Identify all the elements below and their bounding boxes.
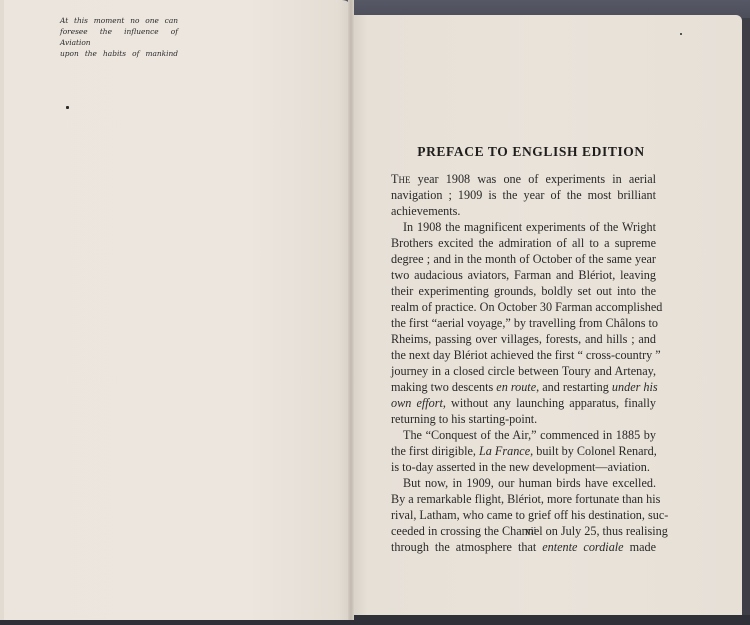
text-span: , and restarting [536,380,612,394]
text-span: , without any launching apparatus, final… [443,396,656,410]
text-line: own effort, without any launching appara… [391,395,656,411]
text-line: Rheims, passing over villages, forests, … [391,331,656,347]
page-number: vii [516,526,546,537]
text-line: journey in a closed circle between Toury… [391,363,656,379]
italic-span: entente cordiale [542,540,623,554]
epigraph-line: foresee the influence of Aviation [60,26,178,48]
text-span: the first dirigible, [391,444,479,458]
text-line: returning to his starting-point. [391,411,656,427]
text-line: the first dirigible, La France, built by… [391,443,656,459]
left-page-edge [0,0,4,620]
ink-speck [680,33,682,35]
text-line: the next day Blériot achieved the first … [391,347,656,363]
page-title: PREFACE TO ENGLISH EDITION [386,144,676,160]
italic-span: under his [612,380,658,394]
left-page [0,0,352,620]
text-line: achievements. [391,203,656,219]
book-gutter [348,0,354,620]
text-line: two audacious aviators, Farman and Bléri… [391,267,656,283]
epigraph-line: upon the habits of mankind [60,48,178,59]
text-line: their experimenting grounds, boldly set … [391,283,656,299]
text-span: through the atmosphere that [391,540,542,554]
epigraph-line: At this moment no one can [60,15,178,26]
text-span: , built by Colonel Renard, [530,444,657,458]
text-span: made [624,540,656,554]
italic-span: own effort [391,396,443,410]
text-line: through the atmosphere that entente cord… [391,539,656,555]
text-line: But now, in 1909, our human birds have e… [391,475,656,491]
text-line: degree ; and in the month of October of … [391,251,656,267]
text-line: the first “aerial voyage,” by travelling… [391,315,656,331]
text-line: rival, Latham, who came to grief off his… [391,507,656,523]
text-line: The “Conquest of the Air,” commenced in … [391,427,656,443]
text-line: realm of practice. On October 30 Farman … [391,299,656,315]
text-line: By a remarkable flight, Blériot, more fo… [391,491,656,507]
preface-body: The year 1908 was one of experiments in … [391,171,656,555]
text-line: The year 1908 was one of experiments in … [391,171,656,187]
small-caps-word: The [391,172,410,186]
text-span: making two descents [391,380,496,394]
italic-span: La France [479,444,530,458]
text-span: year 1908 was one of experiments in aeri… [410,172,656,186]
right-page-edge-shadow [742,18,750,615]
text-line: making two descents en route, and restar… [391,379,656,395]
text-line: In 1908 the magnificent experiments of t… [391,219,656,235]
italic-span: en route [496,380,536,394]
ink-speck [66,106,69,109]
epigraph: At this moment no one can foresee the in… [60,15,178,59]
text-line: is to-day asserted in the new developmen… [391,459,656,475]
text-line: Brothers excited the admiration of all t… [391,235,656,251]
text-line: navigation ; 1909 is the year of the mos… [391,187,656,203]
